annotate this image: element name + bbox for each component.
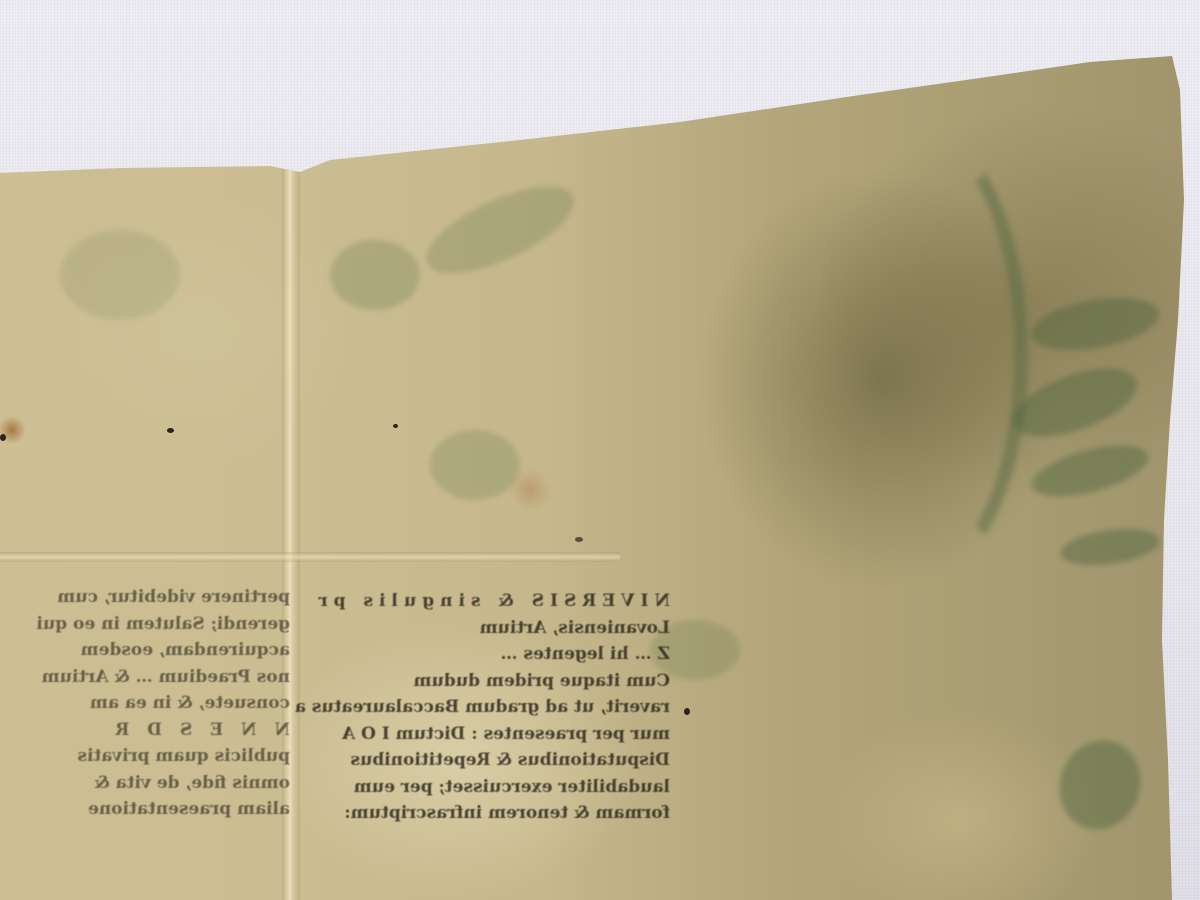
foliage-leaf [60, 230, 180, 320]
ink-spot [393, 424, 398, 428]
text-line: N N E S D R [0, 717, 290, 744]
ink-spot [575, 537, 583, 542]
text-line: Disputationibus & Repetitionibus [290, 747, 670, 774]
mirrored-text-right-column: NIVERSIS & singulis pr Lovaniensis, Arti… [290, 588, 670, 827]
text-line: pertinere videbitur, cum [0, 584, 290, 611]
foliage-leaf [330, 240, 420, 310]
foliage-leaf [1027, 289, 1163, 359]
foliage-leaf [1058, 523, 1162, 571]
text-line: consuete, & in ea am [0, 690, 290, 717]
text-line: acquirendam, eosdem [0, 637, 290, 664]
mirrored-text-left-column: pertinere videbitur, cum gerendi; Salute… [0, 584, 290, 823]
text-line: raverit, ut ad gradum Baccalaureatus a [290, 694, 670, 721]
horizontal-fold-crease [0, 552, 620, 562]
text-line: Cum itaque pridem dudum [290, 668, 670, 695]
text-line: laudabiliter exercuisset; per eum [290, 774, 670, 801]
text-line: aliam praesentatione [0, 796, 290, 823]
foliage-leaf [415, 169, 585, 291]
text-line: gerendi; Salutem in eo qui [0, 611, 290, 638]
text-line: nos Praedium … & Artium [0, 664, 290, 691]
text-line: publicis quam privatis [0, 743, 290, 770]
ink-spot [167, 428, 174, 433]
text-line: formam & tenorem infrascriptum: [290, 800, 670, 827]
text-line: omnis fide, de vita & [0, 770, 290, 797]
ink-spot [684, 708, 690, 715]
text-line: Lovaniensis, Artium [290, 615, 670, 642]
foliage-leaf [1047, 729, 1153, 841]
text-line: NIVERSIS & singulis pr [290, 588, 670, 615]
foliage-leaf [430, 430, 520, 500]
foliage-leaf [1027, 435, 1154, 507]
text-line: mur per praesentes : Dictum I O A [290, 721, 670, 748]
foliage-stem [820, 130, 1028, 578]
text-line: Z … hi legentes … [290, 641, 670, 668]
ink-spot [0, 434, 6, 441]
